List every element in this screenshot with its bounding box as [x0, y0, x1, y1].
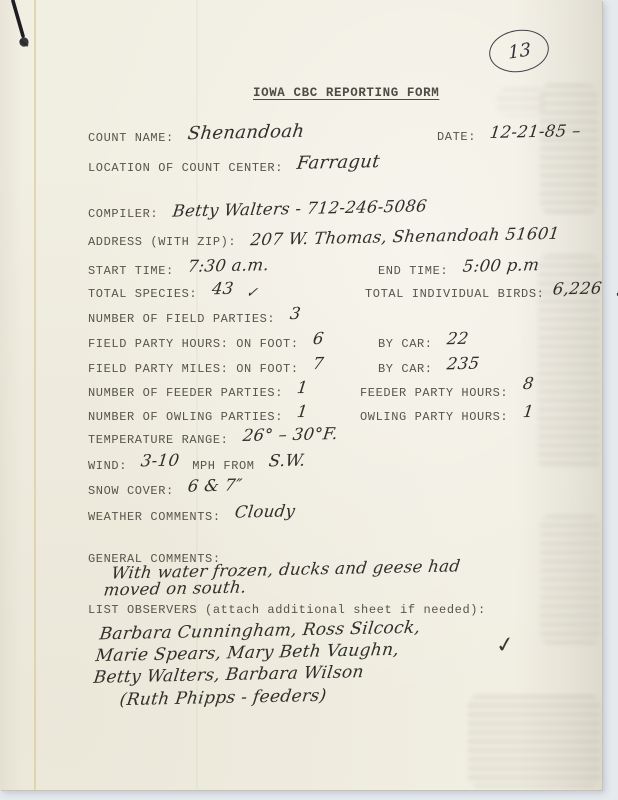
row-wind: WIND: 3-10 MPH FROM S.W. — [88, 454, 596, 476]
total-species-label: TOTAL SPECIES: — [88, 287, 197, 301]
bleed-through-smudge — [497, 88, 545, 116]
location-label: LOCATION OF COUNT CENTER: — [88, 161, 283, 175]
observer-line: Betty Walters, Barbara Wilson — [94, 665, 363, 685]
row-totals: TOTAL SPECIES: 43 ✓ TOTAL INDIVIDUAL BIR… — [88, 282, 596, 304]
miles-foot-value: 7 — [312, 354, 325, 373]
compiler-label: COMPILER: — [88, 207, 158, 221]
row-party-miles: FIELD PARTY MILES: ON FOOT: 7 BY CAR: 23… — [88, 357, 596, 379]
start-time-label: START TIME: — [88, 264, 174, 278]
hours-car-label: BY CAR: — [378, 337, 433, 351]
checkmark-icon: ✓ — [613, 285, 618, 301]
row-compiler: COMPILER: Betty Walters - 712-246-5086 — [88, 202, 596, 224]
owling-parties-value: 1 — [296, 402, 309, 421]
checkmark-icon: ✓ — [245, 285, 259, 301]
miles-car-label: BY CAR: — [378, 362, 433, 376]
compiler-value: Betty Walters - 712-246-5086 — [171, 196, 428, 220]
list-observers-label: LIST OBSERVERS (attach additional sheet … — [88, 603, 486, 617]
owling-hours-label: OWLING PARTY HOURS: — [360, 410, 508, 424]
general-comment-line: moved on south. — [104, 579, 246, 599]
row-field-parties: NUMBER OF FIELD PARTIES: 3 — [88, 307, 596, 329]
hours-car-value: 22 — [446, 329, 470, 348]
field-parties-value: 3 — [289, 304, 302, 323]
row-feeder: NUMBER OF FEEDER PARTIES: 1 FEEDER PARTY… — [88, 381, 596, 403]
miles-car-value: 235 — [446, 354, 481, 374]
row-weather-comments: WEATHER COMMENTS: Cloudy — [88, 505, 596, 527]
feeder-parties-value: 1 — [296, 378, 309, 397]
weather-comments-value: Cloudy — [234, 501, 297, 521]
count-name-label: COUNT NAME: — [88, 131, 174, 145]
pen-mark — [0, 0, 44, 56]
end-time-label: END TIME: — [378, 264, 448, 278]
miles-foot-label: FIELD PARTY MILES: ON FOOT: — [88, 362, 299, 376]
total-species-value: 43 — [211, 279, 235, 298]
page-number: 13 — [507, 39, 531, 64]
wind-units-label: MPH FROM — [192, 459, 254, 473]
owling-hours-value: 1 — [522, 402, 535, 421]
observer-line: (Ruth Phipps - feeders) — [120, 688, 326, 708]
feeder-parties-label: NUMBER OF FEEDER PARTIES: — [88, 386, 283, 400]
row-location: LOCATION OF COUNT CENTER: Farragut — [88, 155, 596, 177]
form-title: IOWA CBC REPORTING FORM — [253, 86, 439, 100]
address-label: ADDRESS (WITH ZIP): — [88, 235, 236, 249]
paper-crease — [34, 0, 36, 790]
row-temperature: TEMPERATURE RANGE: 26° – 30°F. — [88, 428, 596, 450]
row-times: START TIME: 7:30 a.m. END TIME: 5:00 p.m — [88, 259, 596, 281]
address-value: 207 W. Thomas, Shenandoah 51601 — [249, 224, 560, 249]
observer-line: Barbara Cunningham, Ross Silcock, — [100, 621, 420, 641]
feeder-hours-label: FEEDER PARTY HOURS: — [360, 386, 508, 400]
temperature-label: TEMPERATURE RANGE: — [88, 433, 228, 447]
feeder-hours-value: 8 — [522, 374, 535, 393]
row-party-hours: FIELD PARTY HOURS: ON FOOT: 6 BY CAR: 22 — [88, 332, 596, 354]
owling-parties-label: NUMBER OF OWLING PARTIES: — [88, 410, 283, 424]
row-count-name: COUNT NAME: Shenandoah DATE: 12-21-85 – — [88, 125, 596, 147]
wind-direction-value: S.W. — [268, 451, 307, 471]
row-snow: SNOW COVER: 6 & 7″ — [88, 479, 596, 501]
temperature-value: 26° – 30°F. — [242, 424, 339, 445]
snow-value: 6 & 7″ — [187, 475, 244, 495]
wind-label: WIND: — [88, 459, 127, 473]
hours-foot-value: 6 — [312, 329, 325, 348]
date-label: DATE: — [437, 130, 476, 144]
wind-speed-value: 3-10 — [140, 451, 181, 471]
observer-line: Marie Spears, Mary Beth Vaughn, — [96, 643, 399, 663]
snow-label: SNOW COVER: — [88, 484, 174, 498]
checkmark-icon: ✓ — [494, 632, 516, 659]
field-parties-label: NUMBER OF FIELD PARTIES: — [88, 312, 275, 326]
row-address: ADDRESS (WITH ZIP): 207 W. Thomas, Shena… — [88, 230, 596, 252]
scanned-document: 13 IOWA CBC REPORTING FORM COUNT NAME: S… — [0, 0, 618, 800]
general-comment-line: With water frozen, ducks and geese had — [112, 560, 460, 580]
weather-comments-label: WEATHER COMMENTS: — [88, 510, 221, 524]
total-birds-label: TOTAL INDIVIDUAL BIRDS: — [365, 287, 544, 301]
paper-page: 13 IOWA CBC REPORTING FORM COUNT NAME: S… — [0, 0, 602, 790]
hours-foot-label: FIELD PARTY HOURS: ON FOOT: — [88, 337, 299, 351]
location-value: Farragut — [296, 151, 381, 174]
total-birds-value: 6,226 — [552, 278, 603, 298]
count-name-value: Shenandoah — [187, 121, 306, 144]
end-time-value: 5:00 p.m — [461, 255, 540, 276]
bleed-through-smudge — [540, 84, 598, 214]
date-value: 12-21-85 – — [489, 121, 582, 142]
bleed-through-smudge — [468, 695, 600, 787]
row-owling: NUMBER OF OWLING PARTIES: 1 OWLING PARTY… — [88, 405, 596, 427]
start-time-value: 7:30 a.m. — [187, 255, 270, 276]
bleed-through-smudge — [540, 515, 600, 645]
